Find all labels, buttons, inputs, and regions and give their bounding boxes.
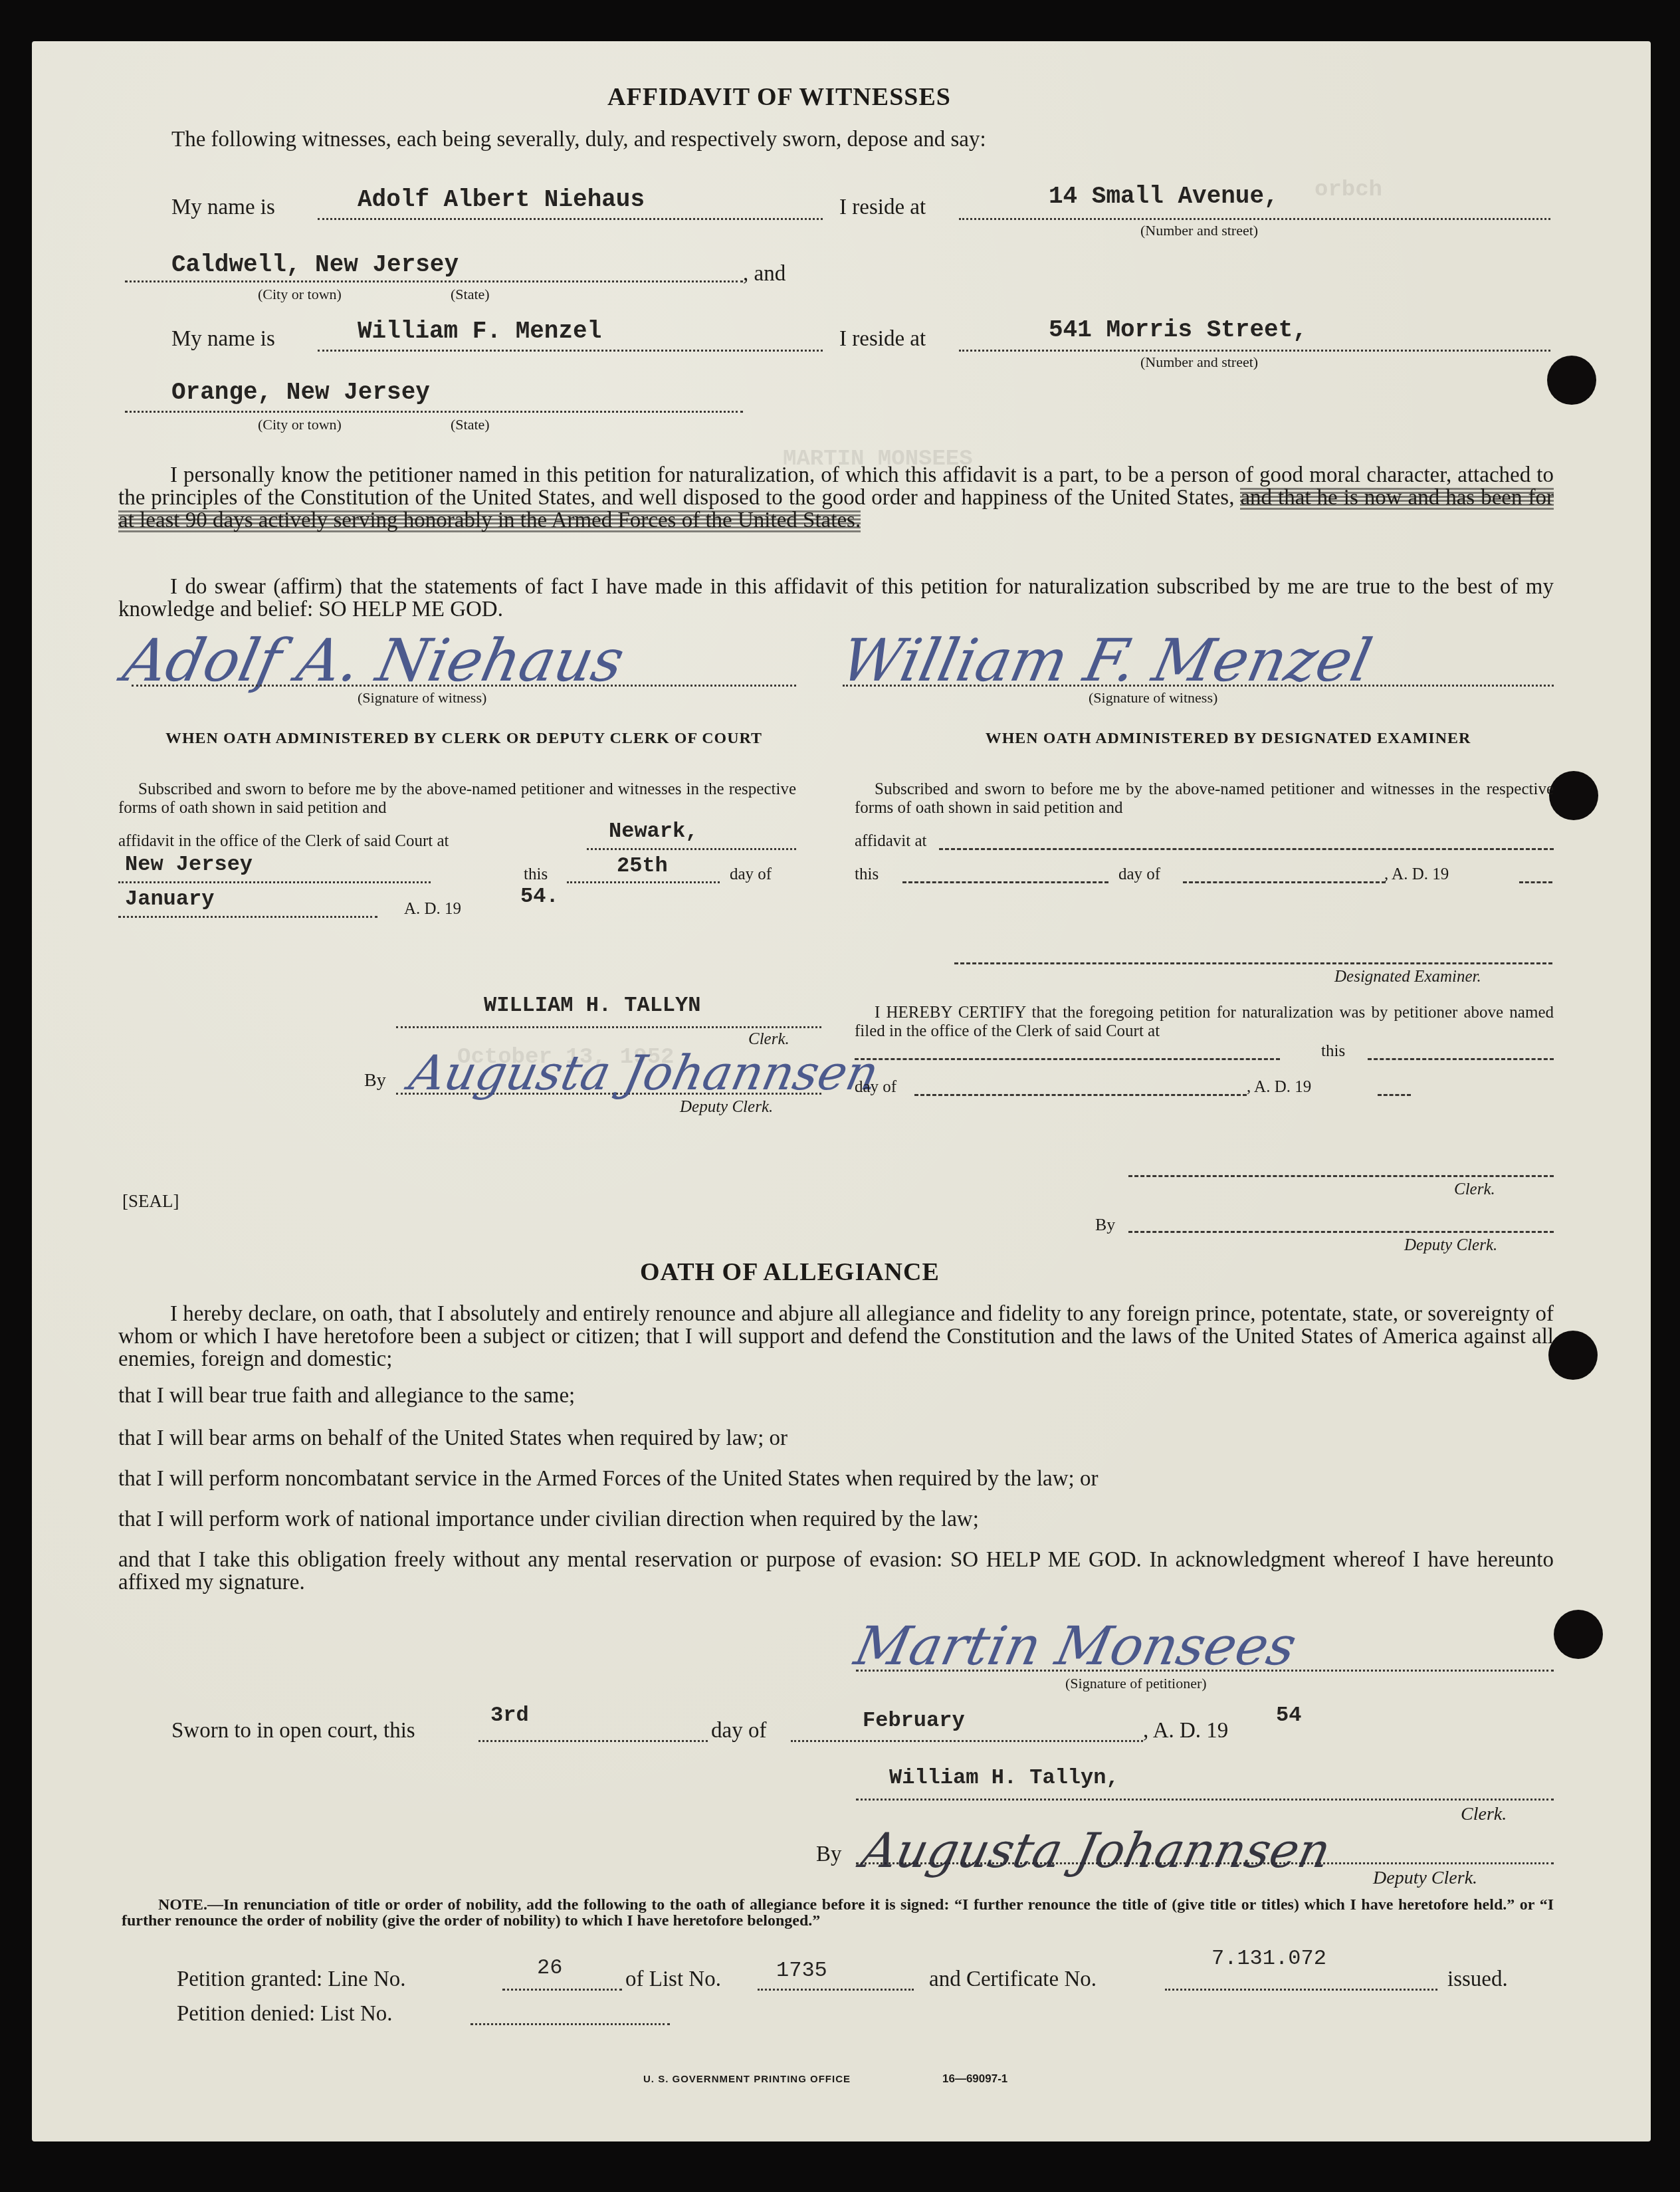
clerk-state-line	[118, 881, 431, 883]
form-number: 16—69097-1	[942, 2072, 1007, 2086]
examiner-signature-line	[954, 962, 1552, 964]
by-label: By	[364, 1070, 386, 1091]
signature-witness-label: (Signature of witness)	[358, 689, 486, 707]
oath-line-5: that I will perform work of national imp…	[118, 1507, 979, 1531]
clerk-office-label: affidavit in the office of the Clerk of …	[118, 832, 449, 851]
ad-label: A. D. 19	[404, 900, 461, 919]
oath-line-4: that I will perform noncombatant service…	[118, 1467, 1099, 1491]
day-of-label: day of	[711, 1719, 766, 1743]
certify-deputy-line	[1128, 1231, 1554, 1233]
my-name-label: My name is	[171, 195, 275, 219]
witness-2-name: William F. Menzel	[358, 318, 601, 345]
certify-year-line	[1378, 1094, 1411, 1096]
hole-punch-icon	[1547, 356, 1596, 405]
certify-text: I HEREBY CERTIFY that the foregoing peti…	[855, 1004, 1554, 1041]
deputy-clerk-signature: Augusta Johannsen	[405, 1045, 884, 1101]
city-label: (City or town)	[258, 416, 342, 433]
nobility-note: NOTE.—In renunciation of title or order …	[122, 1897, 1554, 1929]
witness-2-city-line	[125, 411, 743, 413]
sworn-day-line	[478, 1740, 708, 1742]
clerk-label: Clerk.	[1454, 1180, 1495, 1199]
clerk-name-line	[396, 1026, 821, 1028]
sworn-day: 3rd	[490, 1703, 529, 1727]
affidavit-statement-2: I do swear (affirm) that the statements …	[118, 576, 1554, 621]
oath-clerk-line	[856, 1799, 1554, 1801]
witness-1-signature-line	[132, 685, 796, 687]
designated-examiner-label: Designated Examiner.	[1334, 968, 1481, 986]
day-of-label: day of	[730, 865, 772, 884]
clerk-day: 25th	[617, 853, 668, 878]
clerk-label: Clerk.	[1461, 1804, 1507, 1825]
clerk-name: WILLIAM H. TALLYN	[484, 993, 700, 1018]
witness-2-name-line	[318, 350, 823, 352]
signature-witness-label: (Signature of witness)	[1089, 689, 1217, 707]
certify-day-line	[1368, 1058, 1554, 1060]
bleed-through-text: orbch	[1314, 177, 1382, 203]
certificate-no-line	[1165, 1989, 1437, 1991]
examiner-month-line	[1183, 881, 1386, 883]
examiner-day-line	[902, 881, 1108, 883]
clerk-section-heading: WHEN OATH ADMINISTERED BY CLERK OR DEPUT…	[125, 730, 803, 748]
oath-line-3: that I will bear arms on behalf of the U…	[118, 1426, 787, 1450]
clerk-month: January	[125, 887, 214, 911]
affidavit-statement-1: I personally know the petitioner named i…	[118, 464, 1554, 532]
by-label: By	[1095, 1215, 1115, 1235]
list-no-line	[758, 1989, 914, 1991]
sworn-month: February	[863, 1708, 965, 1733]
oath-line-2: that I will bear true faith and allegian…	[118, 1384, 575, 1408]
affidavit-title: AFFIDAVIT OF WITNESSES	[607, 82, 951, 112]
sworn-month-line	[791, 1740, 1143, 1742]
oath-clerk-name: William H. Tallyn,	[889, 1765, 1119, 1790]
clerk-section-text: Subscribed and sworn to before me by the…	[118, 780, 796, 818]
naturalization-document-page: orbch MARTIN MONSEES October 13, 1952 AF…	[32, 41, 1651, 2141]
witness-1-street-line	[959, 218, 1550, 220]
deputy-clerk-label: Deputy Clerk.	[1373, 1868, 1477, 1889]
witness-1-name: Adolf Albert Niehaus	[358, 186, 645, 213]
number-street-label: (Number and street)	[1140, 354, 1258, 371]
deputy-clerk-label: Deputy Clerk.	[680, 1098, 773, 1117]
hole-punch-icon	[1549, 771, 1598, 820]
number-street-label: (Number and street)	[1140, 222, 1258, 239]
issued-label: issued.	[1447, 1967, 1508, 1991]
reside-label: I reside at	[839, 195, 926, 219]
list-no-label: of List No.	[625, 1967, 721, 1991]
oath-paragraph-1: I hereby declare, on oath, that I absolu…	[118, 1303, 1554, 1370]
petitioner-signature-line	[856, 1670, 1554, 1672]
clerk-place-line	[587, 848, 796, 850]
by-label: By	[816, 1842, 842, 1866]
clerk-month-line	[118, 916, 377, 918]
sworn-year: 54	[1276, 1703, 1301, 1727]
line-no: 26	[537, 1955, 562, 1980]
ad-label: , A. D. 19	[1143, 1719, 1228, 1743]
denied-list-no-line	[471, 2023, 670, 2025]
signature-petitioner-label: (Signature of petitioner)	[1065, 1675, 1207, 1692]
this-label: this	[524, 865, 548, 884]
this-label: this	[1321, 1042, 1345, 1061]
witness-1-city-state: Caldwell, New Jersey	[171, 251, 459, 278]
day-of-label: day of	[1118, 865, 1160, 884]
hole-punch-icon	[1554, 1610, 1603, 1659]
certificate-no-label: and Certificate No.	[929, 1967, 1097, 1991]
witness-2-street: 541 Morris Street,	[1049, 316, 1307, 344]
this-label: this	[855, 865, 879, 884]
ad-label: , A. D. 19	[1247, 1078, 1311, 1097]
sworn-label: Sworn to in open court, this	[171, 1719, 415, 1743]
state-label: (State)	[451, 416, 490, 433]
certify-clerk-line	[1128, 1175, 1554, 1177]
clerk-day-line	[567, 881, 720, 883]
affidavit-intro: The following witnesses, each being seve…	[171, 128, 986, 152]
day-of-label: day of	[855, 1078, 896, 1097]
state-label: (State)	[451, 286, 490, 303]
city-label: (City or town)	[258, 286, 342, 303]
witness-2-street-line	[959, 350, 1550, 352]
oath-deputy-signature: Augusta Johannsen	[857, 1822, 1336, 1878]
reside-label: I reside at	[839, 327, 926, 351]
petitioner-signature: Martin Monsees	[849, 1615, 1302, 1677]
ad-label: , A. D. 19	[1384, 865, 1449, 884]
witness-1-city-line	[125, 280, 743, 282]
clerk-place-city: Newark,	[609, 819, 698, 843]
examiner-section-text: Subscribed and sworn to before me by the…	[855, 780, 1554, 818]
printer-credit: U. S. GOVERNMENT PRINTING OFFICE	[643, 2074, 851, 2085]
clerk-year: 54.	[520, 884, 559, 909]
petition-denied-label: Petition denied: List No.	[177, 2002, 392, 2026]
oath-paragraph-6: and that I take this obligation freely w…	[118, 1549, 1554, 1594]
examiner-year-line	[1519, 881, 1552, 883]
affidavit-at-label: affidavit at	[855, 832, 927, 851]
witness-2-city-state: Orange, New Jersey	[171, 379, 430, 406]
petition-granted-label: Petition granted: Line No.	[177, 1967, 406, 1991]
certify-place-line	[855, 1058, 1280, 1060]
clerk-place-state: New Jersey	[125, 852, 253, 877]
and-label: , and	[743, 262, 786, 286]
oath-title: OATH OF ALLEGIANCE	[640, 1258, 940, 1287]
witness-1-name-line	[318, 218, 823, 220]
my-name-label: My name is	[171, 327, 275, 351]
examiner-place-line	[939, 848, 1554, 850]
examiner-section-heading: WHEN OATH ADMINISTERED BY DESIGNATED EXA…	[896, 730, 1560, 748]
witness-2-signature-line	[843, 685, 1554, 687]
certify-month-line	[914, 1094, 1247, 1096]
hole-punch-icon	[1548, 1331, 1598, 1380]
witness-1-street: 14 Small Avenue,	[1049, 183, 1279, 210]
seal-label: [SEAL]	[122, 1191, 179, 1212]
line-no-line	[502, 1989, 622, 1991]
list-no: 1735	[776, 1958, 827, 1983]
deputy-clerk-label: Deputy Clerk.	[1404, 1236, 1497, 1255]
certificate-no: 7.131.072	[1211, 1946, 1326, 1971]
